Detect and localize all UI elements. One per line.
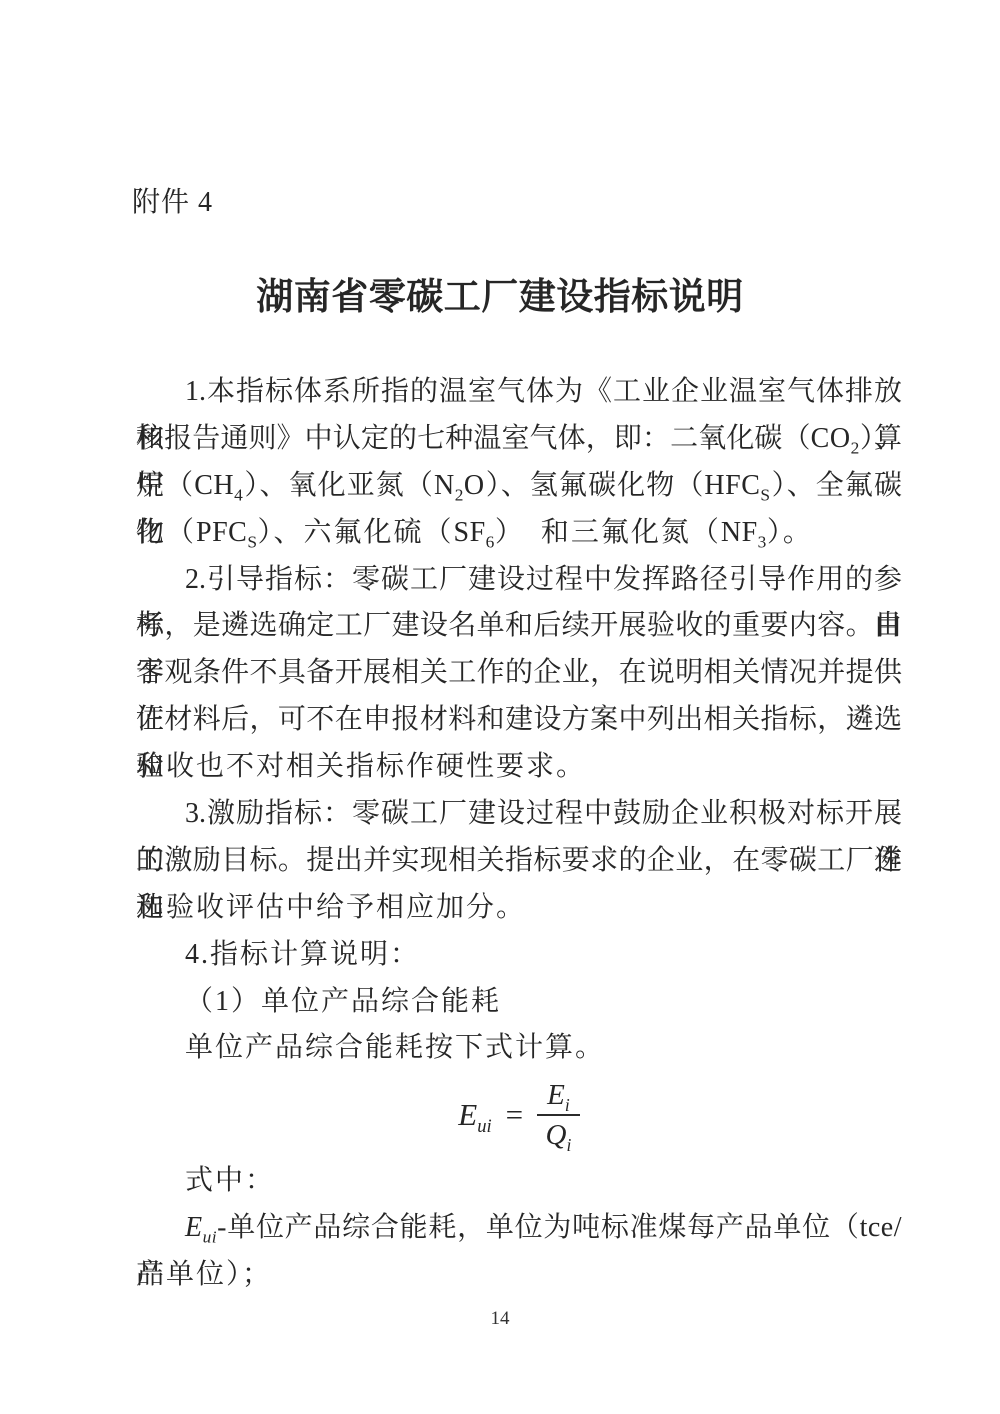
formula-eui: Eui = Ei Qi [136, 1072, 902, 1158]
text-line-p1-4: 物（PFCS）、六氟化硫（SF6） 和三氟化氮（NF3）。 [136, 510, 902, 557]
text-line-p2-4: 证材料后，可不在申报材料和建设方案中列出相关指标，遴选和 [136, 697, 902, 744]
text-line-p1-3: 烷（CH4）、氧化亚氮（N2O）、氢氟碳化物（HFCS）、全氟碳化 [136, 463, 902, 510]
equals-sign: = [506, 1097, 523, 1133]
text-line-p2-3: 客观条件不具备开展相关工作的企业，在说明相关情况并提供佐 [136, 650, 902, 697]
text-line-p2-1: 2.引导指标：零碳工厂建设过程中发挥路径引导作用的参考目 [136, 557, 902, 604]
numerator-base: E [547, 1079, 565, 1111]
attachment-label: 附件 4 [132, 180, 213, 220]
page-number: 14 [0, 1308, 1000, 1330]
text-line-p2-5: 验收也不对相关指标作硬性要求。 [136, 744, 902, 791]
text-line-eui-definition-cont: 品单位）； [136, 1252, 902, 1299]
denominator-base: Q [546, 1119, 567, 1151]
numerator-subscript: i [565, 1094, 570, 1114]
text-line-section4-heading: 4.指标计算说明： [136, 932, 902, 979]
text-line-item1-heading: （1）单位产品综合能耗 [136, 979, 902, 1026]
text-line-p1-1: 1.本指标体系所指的温室气体为《工业企业温室气体排放核算 [136, 369, 902, 416]
document-title: 湖南省零碳工厂建设指标说明 [0, 266, 1000, 320]
text-line-eui-definition: Eui-单位产品综合能耗，单位为吨标准煤每产品单位（tce/产 [136, 1205, 902, 1252]
document-body: 1.本指标体系所指的温室气体为《工业企业温室气体排放核算 和报告通则》中认定的七… [136, 369, 902, 1299]
formula-lhs-base: E [458, 1097, 477, 1132]
text-line-p3-1: 3.激励指标：零碳工厂建设过程中鼓励企业积极对标开展工作 [136, 791, 902, 838]
text-line-formula-intro: 单位产品综合能耗按下式计算。 [136, 1025, 902, 1072]
fraction: Ei Qi [537, 1078, 580, 1154]
text-line-p3-3: 和验收评估中给予相应加分。 [136, 885, 902, 932]
text-line-p3-2: 的激励目标。提出并实现相关指标要求的企业，在零碳工厂遴选 [136, 838, 902, 885]
fraction-denominator: Qi [546, 1116, 572, 1153]
text-line-p2-2: 标，是遴选确定工厂建设名单和后续开展验收的重要内容。由于 [136, 603, 902, 650]
text-line-p1-2: 和报告通则》中认定的七种温室气体，即：二氧化碳（CO2）、甲 [136, 416, 902, 463]
formula-lhs: Eui [458, 1097, 491, 1133]
denominator-subscript: i [566, 1135, 571, 1155]
text-line-shizhong: 式中： [136, 1158, 902, 1205]
formula-lhs-subscript: ui [477, 1117, 491, 1138]
fraction-numerator: Ei [537, 1078, 580, 1117]
document-page: 附件 4 湖南省零碳工厂建设指标说明 1.本指标体系所指的温室气体为《工业企业温… [0, 0, 1000, 1414]
